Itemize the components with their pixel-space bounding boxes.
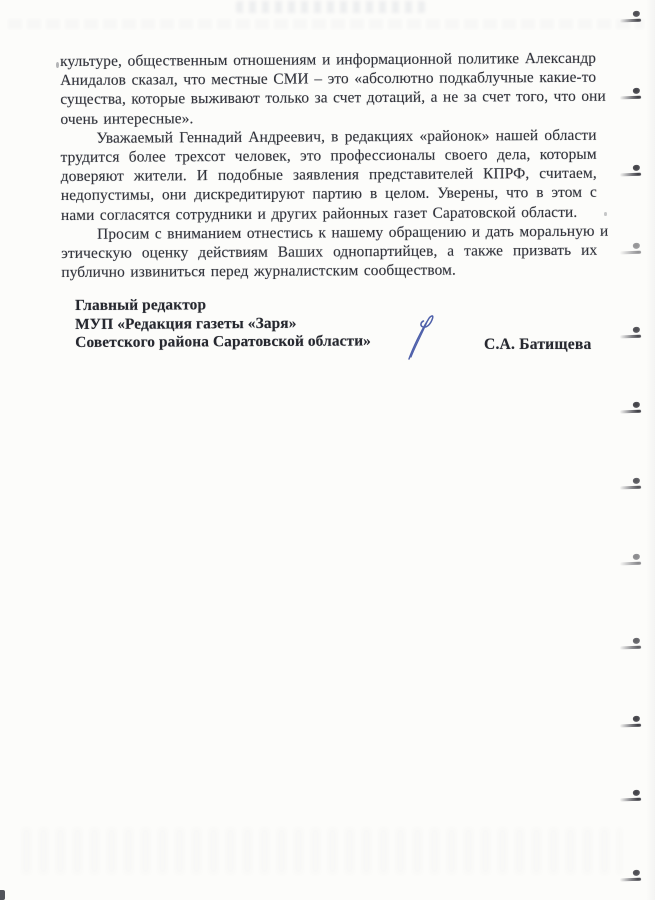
binding-mark-dot — [633, 790, 640, 796]
binding-mark-dot — [633, 165, 640, 171]
binding-mark — [620, 553, 645, 570]
signer-name: С.А. Батищева — [484, 336, 591, 354]
binding-mark — [620, 789, 645, 806]
binding-mark-dash — [620, 173, 641, 177]
signature-block-line: МУП «Редакция газеты «Заря» — [75, 314, 415, 334]
binding-mark-dot — [633, 870, 640, 876]
binding-mark — [620, 715, 645, 732]
binding-mark — [620, 242, 645, 259]
binding-mark-dot — [633, 716, 640, 722]
binding-mark-dash — [620, 562, 641, 566]
binding-mark-dot — [633, 11, 640, 17]
binding-mark-dash — [620, 410, 641, 414]
bleedthrough-band — [8, 19, 644, 29]
binding-mark-dot — [633, 88, 640, 94]
binding-mark — [620, 869, 645, 886]
binding-mark-dash — [620, 724, 641, 728]
binding-mark — [620, 401, 645, 418]
binding-mark — [620, 10, 645, 27]
binding-mark-dot — [633, 327, 640, 333]
binding-mark-dash — [620, 251, 641, 255]
binding-mark-dot — [633, 402, 640, 408]
binding-mark — [620, 87, 645, 104]
binding-mark-dot — [633, 478, 640, 484]
signature-block-line: Главный редактор — [75, 295, 415, 315]
binding-mark-dash — [620, 646, 641, 650]
binding-mark — [620, 326, 645, 343]
paper-edge-shading — [646, 0, 655, 900]
corner-scan-artifact — [0, 890, 5, 900]
scanned-letter-page: культуре, общественным отношениям и инфо… — [0, 0, 655, 900]
binding-mark-dash — [620, 878, 641, 882]
binding-mark-dot — [633, 638, 640, 644]
letter-body: культуре, общественным отношениям и инфо… — [60, 49, 597, 283]
bleedthrough-band-bottom — [22, 828, 622, 874]
signature-block-line: Советского района Саратовской области» — [75, 332, 415, 352]
binding-mark-dash — [620, 486, 641, 490]
scan-speck — [56, 62, 59, 68]
scan-speck — [66, 80, 68, 83]
body-text-line: недопустимы, они дискредитируют партию в… — [61, 183, 597, 205]
binding-mark-dash — [620, 798, 641, 802]
body-text-line: публично извиниться перед журналистским … — [61, 260, 597, 282]
binding-mark-dash — [620, 335, 641, 339]
binding-mark — [620, 637, 645, 654]
binding-mark-dash — [620, 19, 641, 23]
binding-mark-dot — [633, 554, 640, 560]
binding-mark — [620, 164, 645, 181]
binding-mark — [620, 477, 645, 494]
handwritten-signature-icon — [401, 311, 439, 363]
binding-mark-dash — [620, 96, 641, 100]
binding-mark-dot — [633, 243, 640, 249]
scan-speck — [604, 212, 607, 216]
body-text-line: этическую оценку действиям Ваших однопар… — [61, 241, 597, 263]
body-text-line: существа, которые выживают только за сче… — [60, 87, 596, 109]
signature-block: Главный редакторМУП «Редакция газеты «За… — [75, 295, 415, 353]
bleedthrough-smudge-top — [236, 1, 426, 13]
